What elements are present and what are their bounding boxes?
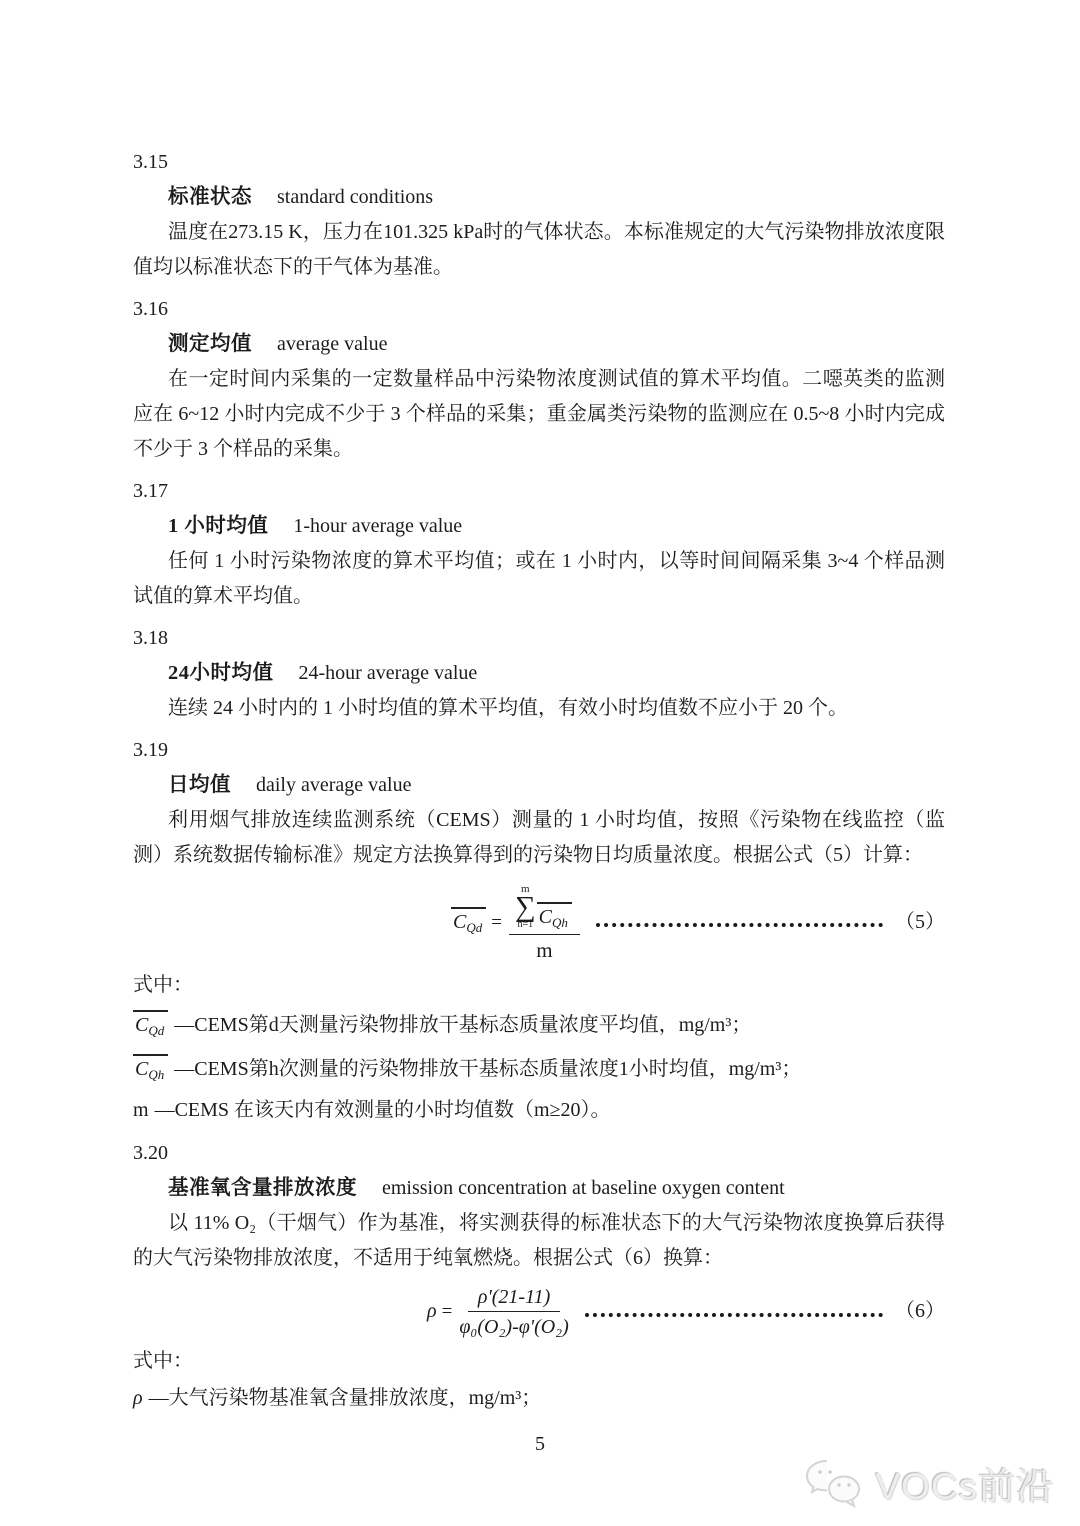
fraction-numerator: m ∑ h=1 CQh xyxy=(509,883,580,935)
where-label: 式中： xyxy=(133,1344,945,1379)
term-en: daily average value xyxy=(256,774,411,796)
paragraph: 以 11% O₂（干烟气）作为基准，将实测获得的标准状态下的大气污染物浓度换算后… xyxy=(133,1206,945,1276)
term-line: 日均值 daily average value xyxy=(133,768,945,803)
section-3-17: 3.17 1 小时均值 1-hour average value 任何 1 小时… xyxy=(133,474,945,614)
term-line: 1 小时均值 1-hour average value xyxy=(133,509,945,544)
section-number: 3.15 xyxy=(133,145,945,180)
term-en: 24-hour average value xyxy=(299,662,478,684)
symbol-subscript: Qh xyxy=(148,1067,164,1082)
term-line: 24小时均值 24-hour average value xyxy=(133,656,945,691)
section-3-18: 3.18 24小时均值 24-hour average value 连续 24 … xyxy=(133,621,945,726)
symbol-definition: CQh—CEMS第h次测量的污染物排放干基标态质量浓度1小时均值，mg/m³； xyxy=(133,1047,945,1091)
defined-symbol: m xyxy=(133,1099,149,1121)
paragraph: 任何 1 小时污染物浓度的算术平均值；或在 1 小时内，以等时间间隔采集 3~4… xyxy=(133,544,945,614)
fraction-denominator: φ₀(O₂)-φ'(O₂) xyxy=(459,1312,568,1338)
summation-symbol: m ∑ h=1 xyxy=(515,884,536,930)
term-zh: 标准状态 xyxy=(168,186,252,208)
term-en: standard conditions xyxy=(277,186,433,208)
fraction: ρ'(21-11) φ₀(O₂)-φ'(O₂) xyxy=(459,1286,568,1338)
wechat-icon xyxy=(803,1457,867,1509)
where-label: 式中： xyxy=(133,968,945,1003)
page-number: 5 xyxy=(0,1433,1080,1456)
paragraph: 连续 24 小时内的 1 小时均值的算术平均值，有效小时均值数不应小于 20 个… xyxy=(133,691,945,726)
fraction-numerator: ρ'(21-11) xyxy=(468,1286,560,1312)
formula-5-lhs: CQd xyxy=(451,905,486,940)
term-zh: 1 小时均值 xyxy=(168,515,268,537)
document-page: 3.15 标准状态 standard conditions 温度在273.15 … xyxy=(0,0,1080,1526)
symbol-base: C xyxy=(135,1014,148,1036)
term-zh: 测定均值 xyxy=(168,333,252,355)
symbol-base: C xyxy=(453,911,466,933)
section-number: 3.17 xyxy=(133,474,945,509)
section-number: 3.18 xyxy=(133,621,945,656)
document-content: 3.15 标准状态 standard conditions 温度在273.15 … xyxy=(133,138,945,1417)
symbol-base: C xyxy=(135,1058,148,1080)
overline-symbol: CQd xyxy=(133,1010,168,1038)
formula-6: ρ = ρ'(21-11) φ₀(O₂)-φ'(O₂) （6） xyxy=(133,1286,945,1338)
overline-symbol: CQh xyxy=(133,1054,168,1082)
section-3-16: 3.16 测定均值 average value 在一定时间内采集的一定数量样品中… xyxy=(133,292,945,467)
paragraph: 温度在273.15 K，压力在101.325 kPa时的气体状态。本标准规定的大… xyxy=(133,215,945,285)
term-line: 测定均值 average value xyxy=(133,327,945,362)
term-en: 1-hour average value xyxy=(293,515,462,537)
section-number: 3.16 xyxy=(133,292,945,327)
definition-text: —CEMS第d天测量污染物排放干基标态质量浓度平均值，mg/m³； xyxy=(174,1014,751,1036)
definition-text: —大气污染物基准氧含量排放浓度，mg/m³； xyxy=(149,1387,542,1409)
symbol-subscript: Qd xyxy=(148,1023,164,1038)
term-zh: 基准氧含量排放浓度 xyxy=(168,1177,357,1199)
watermark-text: VOCs前沿 xyxy=(875,1456,1054,1510)
section-3-15: 3.15 标准状态 standard conditions 温度在273.15 … xyxy=(133,145,945,285)
dotted-leader xyxy=(585,1313,883,1317)
formula-6-lhs: ρ xyxy=(427,1294,437,1329)
symbol-base: C xyxy=(539,906,552,928)
symbol-definition: ρ—大气污染物基准氧含量排放浓度，mg/m³； xyxy=(133,1379,945,1417)
section-3-20: 3.20 基准氧含量排放浓度 emission concentration at… xyxy=(133,1136,945,1276)
defined-symbol: CQd xyxy=(133,1014,168,1036)
defined-symbol: CQh xyxy=(133,1058,168,1080)
term-line: 标准状态 standard conditions xyxy=(133,180,945,215)
sigma-icon: ∑ xyxy=(515,895,536,920)
section-number: 3.19 xyxy=(133,733,945,768)
dotted-leader xyxy=(596,923,883,927)
defined-symbol: ρ xyxy=(133,1387,143,1409)
overline-symbol: CQh xyxy=(537,902,572,930)
equals-sign: = xyxy=(491,905,502,940)
fraction-denominator: m xyxy=(536,935,552,962)
symbol-definition: m—CEMS 在该天内有效测量的小时均值数（m≥20）。 xyxy=(133,1091,945,1129)
paragraph: 在一定时间内采集的一定数量样品中污染物浓度测试值的算术平均值。二噁英类的监测应在… xyxy=(133,362,945,467)
equals-sign: = xyxy=(442,1294,453,1329)
section-number: 3.20 xyxy=(133,1136,945,1171)
term-en: average value xyxy=(277,333,387,355)
overline-symbol: CQd xyxy=(451,907,486,935)
symbol-subscript: Qh xyxy=(552,915,568,930)
section-3-19: 3.19 日均值 daily average value 利用烟气排放连续监测系… xyxy=(133,733,945,873)
watermark: VOCs前沿 xyxy=(803,1456,1054,1510)
symbol-subscript: Qd xyxy=(466,920,482,935)
formula-number: （5） xyxy=(895,905,945,940)
definition-text: —CEMS第h次测量的污染物排放干基标态质量浓度1小时均值，mg/m³； xyxy=(174,1058,801,1080)
term-en: emission concentration at baseline oxyge… xyxy=(382,1177,785,1199)
formula-number: （6） xyxy=(895,1294,945,1329)
term-line: 基准氧含量排放浓度 emission concentration at base… xyxy=(133,1171,945,1206)
term-zh: 日均值 xyxy=(168,774,231,796)
fraction: m ∑ h=1 CQh m xyxy=(509,883,580,962)
formula-5: CQd = m ∑ h=1 CQh m （5） xyxy=(133,883,945,962)
sum-lower-limit: h=1 xyxy=(517,920,533,930)
definition-text: —CEMS 在该天内有效测量的小时均值数（m≥20）。 xyxy=(155,1099,611,1121)
symbol-definition: CQd—CEMS第d天测量污染物排放干基标态质量浓度平均值，mg/m³； xyxy=(133,1003,945,1047)
term-zh: 24小时均值 xyxy=(168,662,274,684)
paragraph: 利用烟气排放连续监测系统（CEMS）测量的 1 小时均值，按照《污染物在线监控（… xyxy=(133,803,945,873)
